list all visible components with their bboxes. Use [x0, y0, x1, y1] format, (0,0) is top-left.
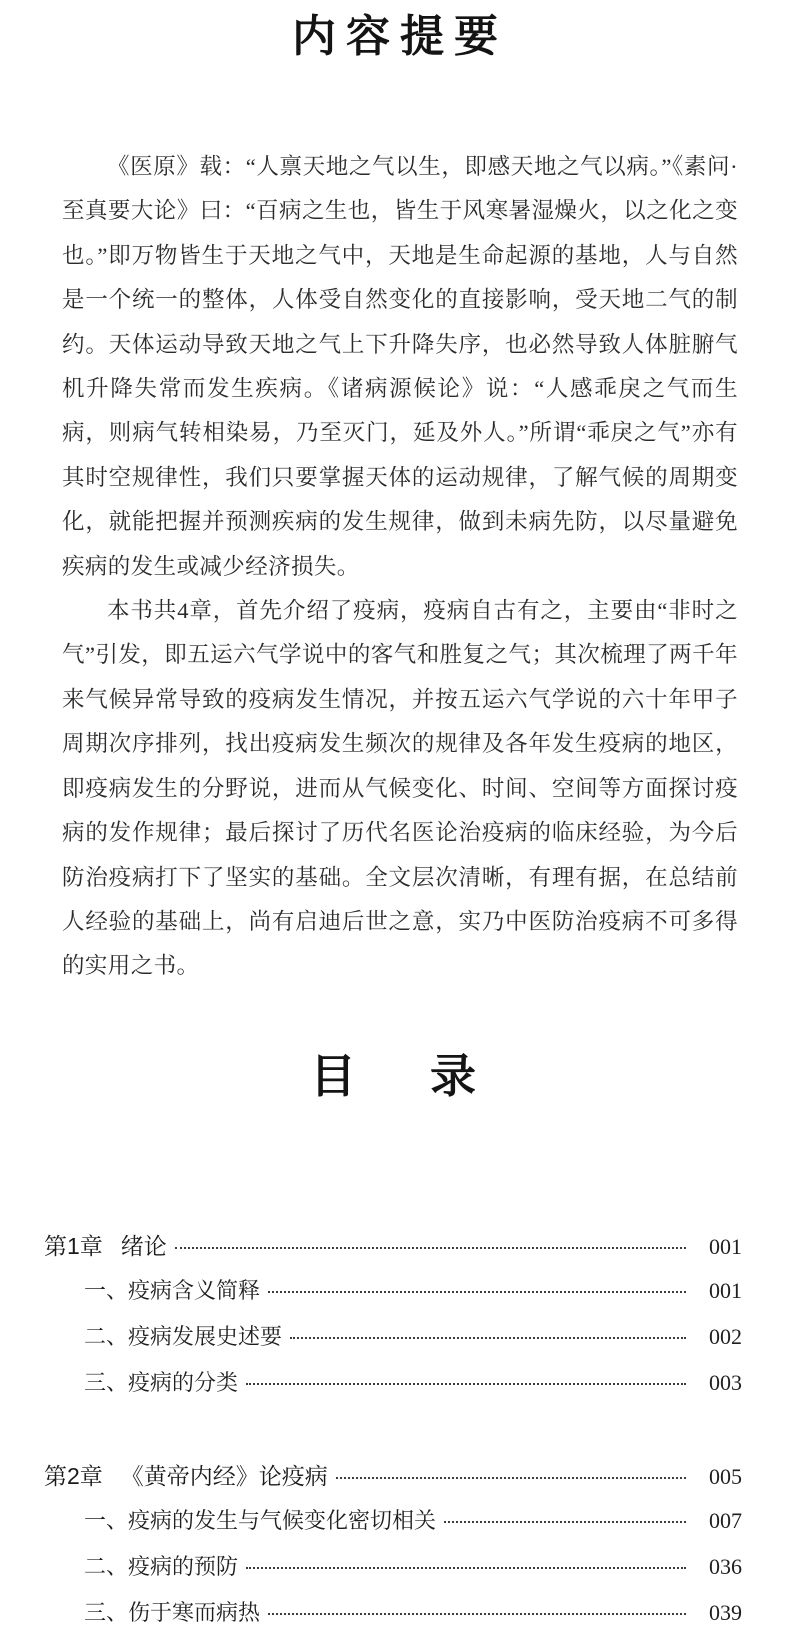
- dot-leader: [175, 1247, 686, 1249]
- page-number: 001: [696, 1234, 742, 1260]
- toc-chapter-1-group: 第1章 绪论 001 一、疫病含义简释 001 二、疫病发展史述要 002 三、…: [44, 1228, 742, 1412]
- toc-entry: 二、疫病发展史述要 002: [44, 1320, 742, 1366]
- toc-chapter-2-group: 第2章 《黄帝内经》论疫病 005 一、疫病的发生与气候变化密切相关 007 二…: [44, 1458, 742, 1642]
- page-number: 001: [696, 1278, 742, 1304]
- summary-paragraph: 本书共4章，首先介绍了疫病，疫病自古有之，主要由“非时之气”引发，即五运六气学说…: [62, 589, 738, 989]
- summary-body: 《医原》载：“人禀天地之气以生，即感天地之气以病。”《素问·至真要大论》曰：“百…: [62, 145, 738, 989]
- page-number: 039: [696, 1600, 742, 1626]
- entry-title: 三、伤于寒而病热: [84, 1596, 260, 1627]
- toc-entry-chapter-2: 第2章 《黄帝内经》论疫病 005: [44, 1458, 742, 1504]
- summary-title: 内容提要: [0, 0, 800, 64]
- entry-title: 二、疫病的预防: [84, 1550, 238, 1581]
- page-number: 003: [696, 1370, 742, 1396]
- dot-leader: [444, 1521, 686, 1523]
- toc-entry: 三、疫病的分类 003: [44, 1366, 742, 1412]
- chapter-label: 第1章: [44, 1228, 103, 1261]
- dot-leader: [246, 1567, 686, 1569]
- summary-paragraph: 《医原》载：“人禀天地之气以生，即感天地之气以病。”《素问·至真要大论》曰：“百…: [62, 145, 738, 589]
- entry-title: 三、疫病的分类: [84, 1366, 238, 1397]
- toc-entry: 三、伤于寒而病热 039: [44, 1596, 742, 1642]
- page-number: 005: [696, 1464, 742, 1490]
- page-number: 036: [696, 1554, 742, 1580]
- dot-leader: [268, 1291, 686, 1293]
- page-number: 002: [696, 1324, 742, 1350]
- entry-title: 一、疫病含义简释: [84, 1274, 260, 1305]
- table-of-contents: 第1章 绪论 001 一、疫病含义简释 001 二、疫病发展史述要 002 三、…: [44, 1228, 742, 1642]
- toc-entry: 一、疫病含义简释 001: [44, 1274, 742, 1320]
- toc-entry: 一、疫病的发生与气候变化密切相关 007: [44, 1504, 742, 1550]
- toc-title: 目 录: [0, 1040, 800, 1106]
- chapter-title: 绪论: [121, 1228, 167, 1261]
- dot-leader: [336, 1477, 686, 1479]
- chapter-title: 《黄帝内经》论疫病: [121, 1458, 328, 1491]
- page-number: 007: [696, 1508, 742, 1534]
- chapter-label: 第2章: [44, 1458, 103, 1491]
- dot-leader: [290, 1337, 686, 1339]
- toc-entry: 二、疫病的预防 036: [44, 1550, 742, 1596]
- book-page: 内容提要 《医原》载：“人禀天地之气以生，即感天地之气以病。”《素问·至真要大论…: [0, 0, 800, 1645]
- dot-leader: [268, 1613, 686, 1615]
- entry-title: 一、疫病的发生与气候变化密切相关: [84, 1504, 436, 1535]
- toc-entry-chapter-1: 第1章 绪论 001: [44, 1228, 742, 1274]
- entry-title: 二、疫病发展史述要: [84, 1320, 282, 1351]
- dot-leader: [246, 1383, 686, 1385]
